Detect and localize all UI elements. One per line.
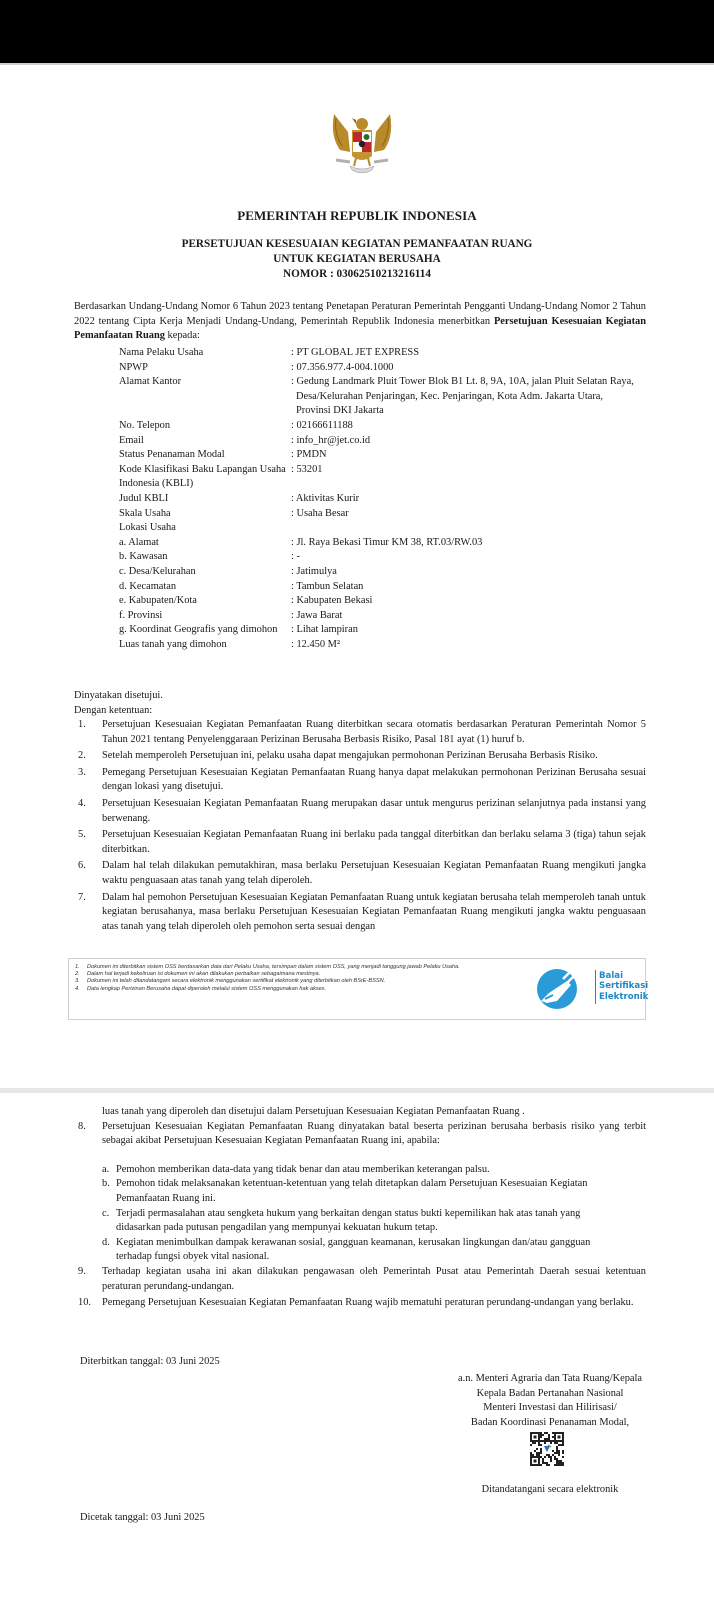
- item-number: 9.: [74, 1265, 102, 1294]
- item-text: Dalam hal telah dilakukan pemutakhiran, …: [102, 859, 646, 888]
- detail-value: : Aktivitas Kurir: [291, 492, 639, 507]
- detail-value: : -: [291, 550, 639, 565]
- revocation-conditions: a.Pemohon memberikan data-data yang tida…: [74, 1163, 646, 1265]
- detail-value: : info_hr@jet.co.id: [291, 434, 639, 449]
- bsre-line1: Balai: [599, 971, 648, 981]
- detail-label: b. Kawasan: [119, 550, 291, 565]
- item-text: Dalam hal pemohon Persetujuan Kesesuaian…: [102, 891, 646, 935]
- note-text: Dokumen ini telah ditandatangani secara …: [87, 978, 385, 985]
- detail-label: Lokasi Usaha: [119, 521, 291, 536]
- detail-row: Kode Klasifikasi Baku Lapangan Usaha Ind…: [119, 463, 639, 492]
- detail-row: g. Koordinat Geografis yang dimohon: Lih…: [119, 623, 639, 638]
- item-text: Pemohon tidak melaksanakan ketentuan-ket…: [116, 1177, 646, 1206]
- status-bar: [0, 0, 714, 63]
- detail-label: No. Telepon: [119, 419, 291, 434]
- bsre-line2: Sertifikasi: [599, 981, 648, 991]
- detail-row: Skala Usaha: Usaha Besar: [119, 507, 639, 522]
- detail-value: : Jatimulya: [291, 565, 639, 580]
- detail-label: c. Desa/Kelurahan: [119, 565, 291, 580]
- signatory-block: a.n. Menteri Agraria dan Tata Ruang/Kepa…: [420, 1372, 680, 1430]
- revocation-condition: b.Pemohon tidak melaksanakan ketentuan-k…: [102, 1177, 646, 1206]
- item-number: 5.: [74, 828, 102, 857]
- approval-statement: Dinyatakan disetujui.: [74, 689, 163, 704]
- intro-text-end: kepada:: [165, 330, 200, 341]
- detail-label: Email: [119, 434, 291, 449]
- detail-label: Skala Usaha: [119, 507, 291, 522]
- detail-row: f. Provinsi: Jawa Barat: [119, 609, 639, 624]
- conditions-list-continued: luas tanah yang diperoleh dan disetujui …: [74, 1105, 646, 1313]
- detail-value: : Jawa Barat: [291, 609, 639, 624]
- item-text: Terhadap kegiatan usaha ini akan dilakuk…: [102, 1265, 646, 1294]
- condition-item: 9. Terhadap kegiatan usaha ini akan dila…: [74, 1265, 646, 1294]
- detail-value: : Lihat lampiran: [291, 623, 639, 638]
- document-number: NOMOR : 03062510213216114: [0, 268, 714, 280]
- detail-label: Nama Pelaku Usaha: [119, 346, 291, 361]
- footer-note: 4.Data lengkap Perizinan Berusaha dapat …: [75, 986, 515, 993]
- note-text: Dokumen ini diterbitkan sistem OSS berda…: [87, 964, 460, 971]
- document-footer: 1.Dokumen ini diterbitkan sistem OSS ber…: [68, 958, 646, 1020]
- detail-row: Status Penanaman Modal: PMDN: [119, 448, 639, 463]
- intro-paragraph: Berdasarkan Undang-Undang Nomor 6 Tahun …: [74, 300, 646, 344]
- bsre-line3: Elektronik: [599, 992, 648, 1002]
- approval-block: Dinyatakan disetujui. Dengan ketentuan:: [74, 689, 163, 718]
- item-letter: b.: [102, 1177, 116, 1206]
- signature-qr-code: [530, 1432, 564, 1466]
- item-text: Pemegang Persetujuan Kesesuaian Kegiatan…: [102, 766, 646, 795]
- detail-value: : Tambun Selatan: [291, 580, 639, 595]
- item-number: 8.: [74, 1120, 102, 1149]
- item-text: Pemohon memberikan data-data yang tidak …: [116, 1163, 646, 1178]
- note-number: 2.: [75, 971, 87, 978]
- divider: [595, 970, 596, 1004]
- detail-label: a. Alamat: [119, 536, 291, 551]
- item-text: Pemegang Persetujuan Kesesuaian Kegiatan…: [102, 1296, 646, 1311]
- detail-label: Luas tanah yang dimohon: [119, 638, 291, 653]
- detail-row: Luas tanah yang dimohon: 12.450 M²: [119, 638, 639, 653]
- detail-row: d. Kecamatan: Tambun Selatan: [119, 580, 639, 595]
- document-title: PERSETUJUAN KESESUAIAN KEGIATAN PEMANFAA…: [0, 238, 714, 250]
- page-separator: [0, 1088, 714, 1093]
- condition-item: 2.Setelah memperoleh Persetujuan ini, pe…: [74, 749, 646, 764]
- condition-item: 1.Persetujuan Kesesuaian Kegiatan Pemanf…: [74, 718, 646, 747]
- item-letter: d.: [102, 1236, 116, 1265]
- condition-item: 5.Persetujuan Kesesuaian Kegiatan Pemanf…: [74, 828, 646, 857]
- item-text: Persetujuan Kesesuaian Kegiatan Pemanfaa…: [102, 718, 646, 747]
- item-number: 1.: [74, 718, 102, 747]
- detail-row: e. Kabupaten/Kota: Kabupaten Bekasi: [119, 594, 639, 609]
- detail-label: e. Kabupaten/Kota: [119, 594, 291, 609]
- detail-value: : PMDN: [291, 448, 639, 463]
- note-text: Dalam hal terjadi kekeliruan isi dokumen…: [87, 971, 320, 978]
- detail-value: : Jl. Raya Bekasi Timur KM 38, RT.03/RW.…: [291, 536, 639, 551]
- condition-item: 10. Pemegang Persetujuan Kesesuaian Kegi…: [74, 1296, 646, 1311]
- detail-row: No. Telepon: 02166611188: [119, 419, 639, 434]
- detail-value: : Gedung Landmark Pluit Tower Blok B1 Lt…: [291, 375, 639, 419]
- signatory-line4: Badan Koordinasi Penanaman Modal,: [420, 1416, 680, 1431]
- footer-note: 2.Dalam hal terjadi kekeliruan isi dokum…: [75, 971, 515, 978]
- item-text: Persetujuan Kesesuaian Kegiatan Pemanfaa…: [102, 828, 646, 857]
- detail-row: b. Kawasan: -: [119, 550, 639, 565]
- signatory-line1: a.n. Menteri Agraria dan Tata Ruang/Kepa…: [420, 1372, 680, 1387]
- item-text: Terjadi permasalahan atau sengketa hukum…: [116, 1207, 646, 1236]
- item-letter: c.: [102, 1207, 116, 1236]
- detail-row: Email: info_hr@jet.co.id: [119, 434, 639, 449]
- bsre-pen-icon: [527, 965, 587, 1013]
- printed-date: Dicetak tanggal: 03 Juni 2025: [80, 1512, 205, 1523]
- government-title: PEMERINTAH REPUBLIK INDONESIA: [0, 208, 714, 224]
- bsre-wordmark: Balai Sertifikasi Elektronik: [599, 971, 648, 1002]
- revocation-condition: a.Pemohon memberikan data-data yang tida…: [102, 1163, 646, 1178]
- issued-date: Diterbitkan tanggal: 03 Juni 2025: [80, 1356, 220, 1367]
- footer-notes: 1.Dokumen ini diterbitkan sistem OSS ber…: [75, 964, 515, 993]
- footer-note: 1.Dokumen ini diterbitkan sistem OSS ber…: [75, 964, 515, 971]
- detail-value: : Usaha Besar: [291, 507, 639, 522]
- detail-value: [291, 521, 639, 536]
- condition-item: 3.Pemegang Persetujuan Kesesuaian Kegiat…: [74, 766, 646, 795]
- detail-label: d. Kecamatan: [119, 580, 291, 595]
- detail-label: g. Koordinat Geografis yang dimohon: [119, 623, 291, 638]
- divider: [0, 63, 714, 65]
- detail-row: Judul KBLI: Aktivitas Kurir: [119, 492, 639, 507]
- bsre-logo: Balai Sertifikasi Elektronik: [527, 965, 645, 1013]
- detail-label: Kode Klasifikasi Baku Lapangan Usaha Ind…: [119, 463, 291, 492]
- item-number: 6.: [74, 859, 102, 888]
- electronic-signature-note: Ditandatangani secara elektronik: [420, 1484, 680, 1495]
- detail-label: f. Provinsi: [119, 609, 291, 624]
- condition-item: 6.Dalam hal telah dilakukan pemutakhiran…: [74, 859, 646, 888]
- item-number: 2.: [74, 749, 102, 764]
- condition-item: 4.Persetujuan Kesesuaian Kegiatan Pemanf…: [74, 797, 646, 826]
- detail-row: Alamat Kantor: Gedung Landmark Pluit Tow…: [119, 375, 639, 419]
- note-number: 4.: [75, 986, 87, 993]
- conditions-intro: Dengan ketentuan:: [74, 704, 163, 719]
- applicant-details: Nama Pelaku Usaha: PT GLOBAL JET EXPRESS…: [119, 346, 639, 652]
- note-text: Data lengkap Perizinan Berusaha dapat di…: [87, 986, 326, 993]
- garuda-emblem-icon: [328, 110, 396, 182]
- detail-label: Alamat Kantor: [119, 375, 291, 419]
- detail-value: : 53201: [291, 463, 639, 492]
- item-number: 7.: [74, 891, 102, 935]
- detail-row: Lokasi Usaha: [119, 521, 639, 536]
- detail-label: Status Penanaman Modal: [119, 448, 291, 463]
- document-subtitle: UNTUK KEGIATAN BERUSAHA: [0, 253, 714, 265]
- conditions-list: 1.Persetujuan Kesesuaian Kegiatan Pemanf…: [74, 718, 646, 936]
- detail-value: : 12.450 M²: [291, 638, 639, 653]
- condition-item: 7.Dalam hal pemohon Persetujuan Kesesuai…: [74, 891, 646, 935]
- detail-value: : 02166611188: [291, 419, 639, 434]
- signatory-line2: Kepala Badan Pertanahan Nasional: [420, 1387, 680, 1402]
- note-number: 1.: [75, 964, 87, 971]
- revocation-condition: d.Kegiatan menimbulkan dampak kerawanan …: [102, 1236, 646, 1265]
- item-letter: a.: [102, 1163, 116, 1178]
- detail-value: : Kabupaten Bekasi: [291, 594, 639, 609]
- detail-label: NPWP: [119, 361, 291, 376]
- detail-value: : 07.356.977.4-004.1000: [291, 361, 639, 376]
- detail-row: a. Alamat: Jl. Raya Bekasi Timur KM 38, …: [119, 536, 639, 551]
- detail-row: NPWP: 07.356.977.4-004.1000: [119, 361, 639, 376]
- revocation-condition: c.Terjadi permasalahan atau sengketa huk…: [102, 1207, 646, 1236]
- footer-note: 3.Dokumen ini telah ditandatangani secar…: [75, 978, 515, 985]
- item-text: Kegiatan menimbulkan dampak kerawanan so…: [116, 1236, 646, 1265]
- condition-item: 8. Persetujuan Kesesuaian Kegiatan Peman…: [74, 1120, 646, 1149]
- detail-row: Nama Pelaku Usaha: PT GLOBAL JET EXPRESS: [119, 346, 639, 361]
- detail-value: : PT GLOBAL JET EXPRESS: [291, 346, 639, 361]
- item-text: Persetujuan Kesesuaian Kegiatan Pemanfaa…: [102, 797, 646, 826]
- item-text: Setelah memperoleh Persetujuan ini, pela…: [102, 749, 646, 764]
- note-number: 3.: [75, 978, 87, 985]
- signatory-line3: Menteri Investasi dan Hilirisasi/: [420, 1401, 680, 1416]
- continuation-text: luas tanah yang diperoleh dan disetujui …: [74, 1105, 646, 1120]
- detail-row: c. Desa/Kelurahan: Jatimulya: [119, 565, 639, 580]
- item-number: 10.: [74, 1296, 102, 1311]
- item-number: 3.: [74, 766, 102, 795]
- item-number: 4.: [74, 797, 102, 826]
- item-text: Persetujuan Kesesuaian Kegiatan Pemanfaa…: [102, 1120, 646, 1149]
- detail-label: Judul KBLI: [119, 492, 291, 507]
